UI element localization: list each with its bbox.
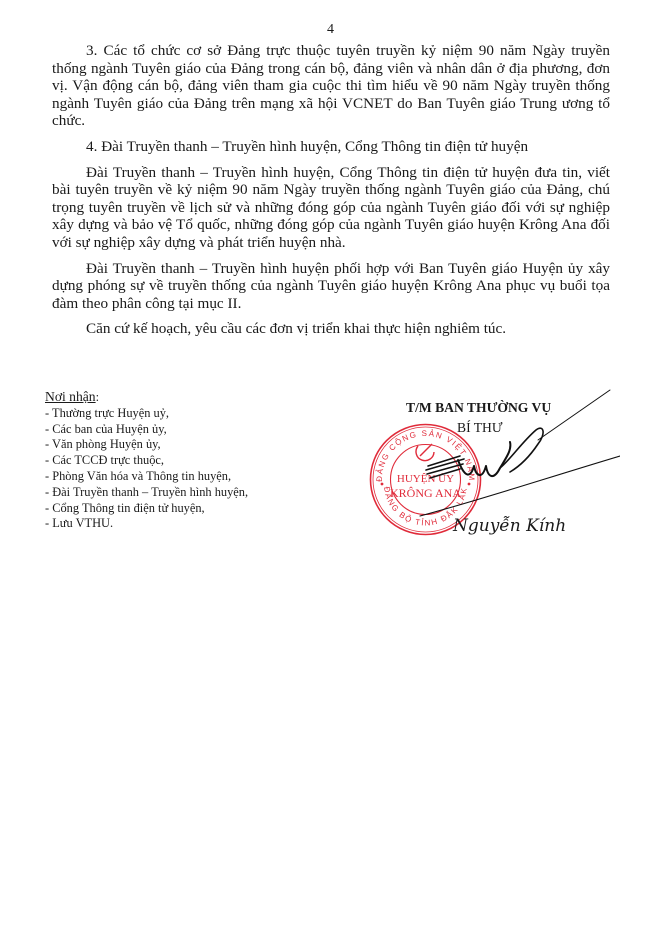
recipients-title-row: Nơi nhận: (45, 388, 345, 406)
document-body: 3. Các tổ chức cơ sở Đảng trực thuộc tuy… (52, 42, 610, 346)
recipient-item: - Lưu VTHU. (45, 516, 345, 532)
recipient-item: - Các ban của Huyện ủy, (45, 422, 345, 438)
recipient-item: - Các TCCĐ trực thuộc, (45, 453, 345, 469)
recipient-item: - Thường trực Huyện uỷ, (45, 406, 345, 422)
recipient-item: - Đài Truyền thanh – Truyền hình huyện, (45, 485, 345, 501)
recipients-title-colon: : (96, 390, 99, 404)
paragraph-section-4-reportage: Đài Truyền thanh – Truyền hình huyện phố… (52, 260, 610, 313)
page-number: 4 (0, 22, 661, 38)
recipients-title: Nơi nhận (45, 389, 96, 404)
recipients-list: Nơi nhận: - Thường trực Huyện uỷ, - Các … (45, 388, 345, 532)
closing-paragraph: Căn cứ kế hoạch, yêu cầu các đơn vị triể… (52, 320, 610, 338)
recipient-item: - Văn phòng Huyện ủy, (45, 437, 345, 453)
signer-name: Nguyễn Kính (453, 516, 566, 536)
recipient-item: - Cổng Thông tin điện tử huyện, (45, 501, 345, 517)
paragraph-section-4-content: Đài Truyền thanh – Truyền hình huyện, Cổ… (52, 164, 610, 252)
paragraph-section-3: 3. Các tổ chức cơ sở Đảng trực thuộc tuy… (52, 42, 610, 130)
section-4-heading: 4. Đài Truyền thanh – Truyền hình huyện,… (52, 138, 610, 156)
signature-block: ĐẢNG CỘNG SẢN VIỆT NAM ĐẢNG BỘ TỈNH ĐẮK … (360, 380, 620, 560)
recipient-item: - Phòng Văn hóa và Thông tin huyện, (45, 469, 345, 485)
